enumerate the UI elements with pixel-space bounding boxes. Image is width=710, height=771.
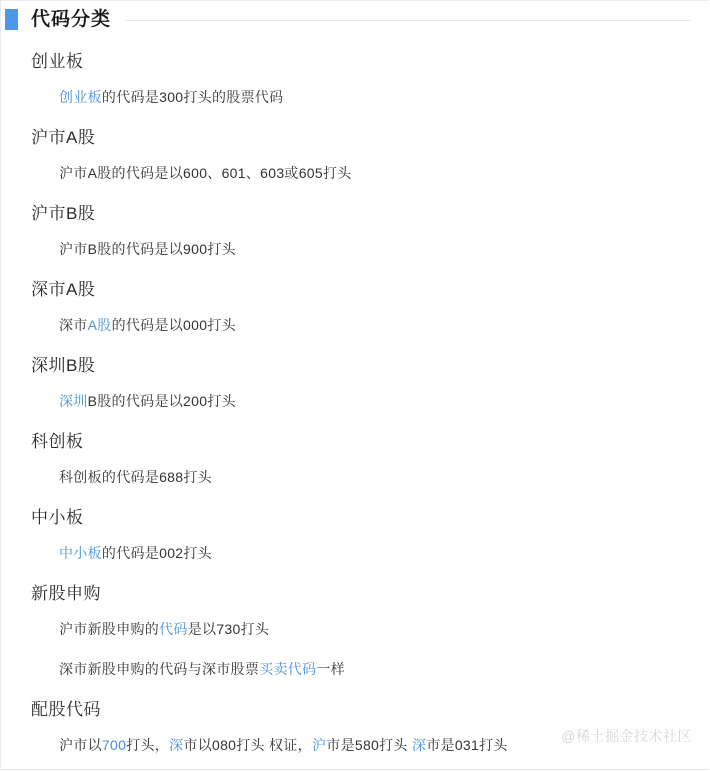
section-paragraph: 沪市新股申购的代码是以730打头: [59, 621, 679, 637]
watermark: @稀土掘金技术社区: [561, 726, 692, 746]
text-segment: 科创板的代码是688打头: [59, 469, 212, 485]
section-paragraph: 深市A股的代码是以000打头: [59, 317, 679, 333]
title-divider: [125, 20, 691, 21]
text-segment: 沪市新股申购的: [59, 621, 159, 637]
section-paragraph: 沪市B股的代码是以900打头: [59, 241, 679, 257]
section-heading: 科创板: [31, 432, 709, 452]
inline-link[interactable]: 创业板: [59, 89, 102, 105]
section-heading: 沪市B股: [31, 204, 709, 224]
text-segment: 沪市以: [59, 737, 102, 753]
text-segment: 的代码是以000打头: [112, 317, 236, 333]
section: 沪市B股沪市B股的代码是以900打头: [1, 204, 709, 257]
inline-link[interactable]: 深: [169, 737, 183, 753]
inline-link[interactable]: A股: [88, 317, 112, 333]
text-segment: 市是580打头: [326, 737, 412, 753]
article-container: 代码分类 创业板创业板的代码是300打头的股票代码沪市A股沪市A股的代码是以60…: [0, 0, 709, 770]
title-row: 代码分类: [1, 1, 709, 30]
section: 新股申购沪市新股申购的代码是以730打头深市新股申购的代码与深市股票买卖代码一样: [1, 584, 709, 677]
section-heading: 深圳B股: [31, 356, 709, 376]
title-marker-icon: [5, 9, 18, 30]
section: 深圳B股深圳B股的代码是以200打头: [1, 356, 709, 409]
inline-link[interactable]: 代码: [159, 621, 188, 637]
inline-link[interactable]: 买卖代码: [259, 661, 316, 677]
section-paragraph: 创业板的代码是300打头的股票代码: [59, 89, 679, 105]
text-segment: 市是031打头: [426, 737, 507, 753]
text-segment: 打头，: [126, 737, 169, 753]
text-segment: 市以080打头 权证，: [183, 737, 312, 753]
section-heading: 新股申购: [31, 584, 709, 604]
text-segment: 深市: [59, 317, 88, 333]
section-paragraph: 深市新股申购的代码与深市股票买卖代码一样: [59, 661, 679, 677]
text-segment: 深市新股申购的代码与深市股票: [59, 661, 259, 677]
inline-link[interactable]: 深圳: [59, 393, 88, 409]
section-paragraph: 科创板的代码是688打头: [59, 469, 679, 485]
section-heading: 配股代码: [31, 700, 709, 720]
section-paragraph: 深圳B股的代码是以200打头: [59, 393, 679, 409]
section: 科创板科创板的代码是688打头: [1, 432, 709, 485]
section-heading: 沪市A股: [31, 128, 709, 148]
text-segment: 沪市A股的代码是以600、601、603或605打头: [59, 165, 352, 181]
inline-link[interactable]: 中小板: [59, 545, 102, 561]
text-segment: 是以730打头: [188, 621, 269, 637]
section: 深市A股深市A股的代码是以000打头: [1, 280, 709, 333]
section: 沪市A股沪市A股的代码是以600、601、603或605打头: [1, 128, 709, 181]
section-paragraph: 中小板的代码是002打头: [59, 545, 679, 561]
inline-link[interactable]: 沪: [312, 737, 326, 753]
text-segment: 的代码是300打头的股票代码: [102, 89, 284, 105]
section-paragraph: 沪市A股的代码是以600、601、603或605打头: [59, 165, 679, 181]
section: 创业板创业板的代码是300打头的股票代码: [1, 52, 709, 105]
section-heading: 创业板: [31, 52, 709, 72]
text-segment: 的代码是002打头: [102, 545, 212, 561]
section-heading: 深市A股: [31, 280, 709, 300]
text-segment: 沪市B股的代码是以900打头: [59, 241, 236, 257]
page-title: 代码分类: [31, 9, 111, 30]
inline-link[interactable]: 700: [102, 737, 126, 753]
text-segment: 一样: [316, 661, 345, 677]
inline-link[interactable]: 深: [412, 737, 426, 753]
text-segment: B股的代码是以200打头: [88, 393, 236, 409]
section-heading: 中小板: [31, 508, 709, 528]
sections: 创业板创业板的代码是300打头的股票代码沪市A股沪市A股的代码是以600、601…: [1, 52, 709, 753]
section: 中小板中小板的代码是002打头: [1, 508, 709, 561]
